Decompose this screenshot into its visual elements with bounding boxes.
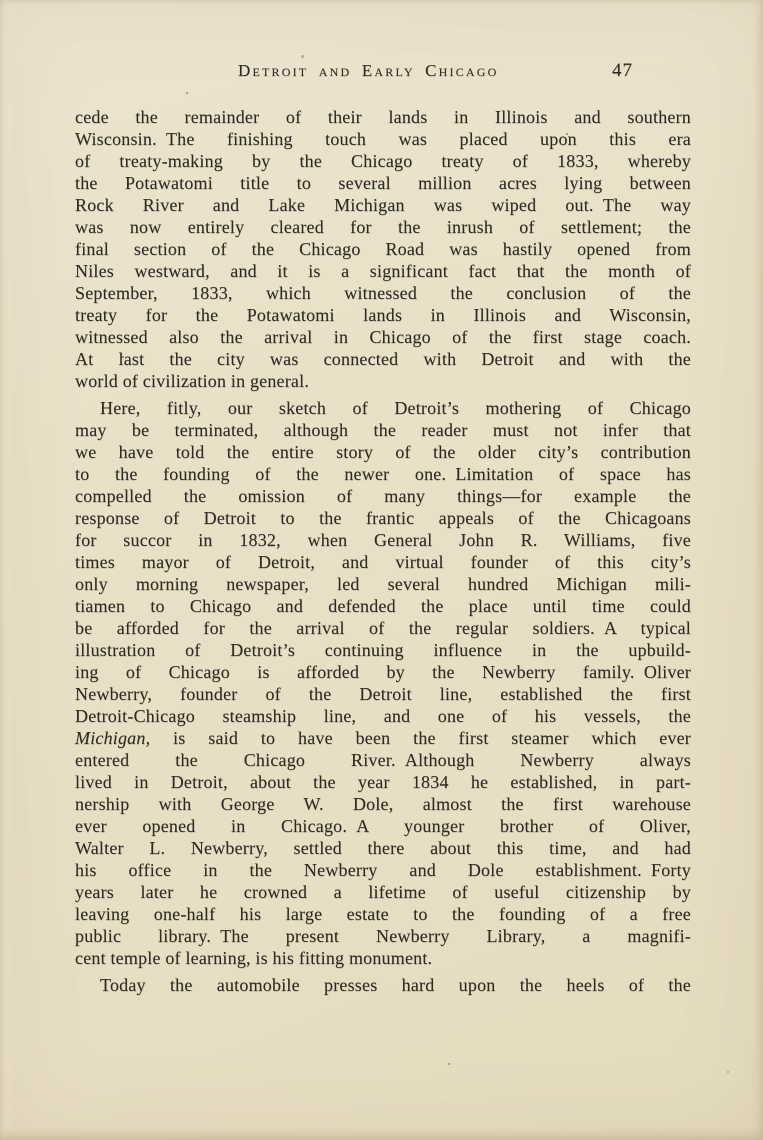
text-line: Rock River and Lake Michigan was wiped o… — [75, 194, 691, 216]
text-line: treaty for the Potawatomi lands in Illin… — [75, 304, 691, 326]
text-line: cede the remainder of their lands in Ill… — [75, 106, 691, 128]
text-line: compelled the omission of many things—fo… — [75, 485, 691, 507]
text-line: for succor in 1832, when General John R.… — [75, 529, 691, 551]
text-line: response of Detroit to the frantic appea… — [75, 507, 691, 529]
text-line: tiamen to Chicago and defended the place… — [75, 595, 691, 617]
text-line: was now entirely cleared for the inrush … — [75, 216, 691, 238]
text-line: At last the city was connected with Detr… — [75, 348, 691, 370]
text-line: final section of the Chicago Road was ha… — [75, 238, 691, 260]
text-line: may be terminated, although the reader m… — [75, 419, 691, 441]
text-line: lived in Detroit, about the year 1834 he… — [75, 771, 691, 793]
text-line: Newberry, founder of the Detroit line, e… — [75, 683, 691, 705]
paper-speck — [448, 1063, 450, 1065]
text-line: Wisconsin. The finishing touch was place… — [75, 128, 691, 150]
text-line: Detroit-Chicago steamship line, and one … — [75, 705, 691, 727]
paragraph: Today the automobile presses hard upon t… — [75, 974, 691, 996]
paragraph: cede the remainder of their lands in Ill… — [75, 106, 691, 392]
text-line: of treaty-making by the Chicago treaty o… — [75, 150, 691, 172]
text-line: illustration of Detroit’s continuing inf… — [75, 639, 691, 661]
text-line: ever opened in Chicago. A younger brothe… — [75, 815, 691, 837]
text-line: his office in the Newberry and Dole esta… — [75, 859, 691, 881]
text-line: Today the automobile presses hard upon t… — [75, 974, 691, 996]
paper-speck — [122, 356, 124, 358]
text-line: ing of Chicago is afforded by the Newber… — [75, 661, 691, 683]
paper-speck — [301, 55, 304, 58]
text-line: we have told the entire story of the old… — [75, 441, 691, 463]
text-line: nership with George W. Dole, almost the … — [75, 793, 691, 815]
text-line: world of civilization in general. — [75, 370, 691, 392]
paper-speck — [727, 1071, 729, 1073]
text-line: leaving one-half his large estate to the… — [75, 903, 691, 925]
page-title: Detroit and Early Chicago — [238, 61, 499, 81]
text-line: cent temple of learning, is his fitting … — [75, 947, 691, 969]
text-line: September, 1833, which witnessed the con… — [75, 282, 691, 304]
text-line: the Potawatomi title to several million … — [75, 172, 691, 194]
text-line: to the founding of the newer one. Limita… — [75, 463, 691, 485]
paragraph: Here, fitly, our sketch of Detroit’s mot… — [75, 397, 691, 969]
text-line: public library. The present Newberry Lib… — [75, 925, 691, 947]
running-header: Detroit and Early Chicago 47 — [0, 58, 763, 84]
text-line: witnessed also the arrival in Chicago of… — [75, 326, 691, 348]
text-line: Michigan, is said to have been the first… — [75, 727, 691, 749]
text-line: entered the Chicago River. Although Newb… — [75, 749, 691, 771]
text-line: only morning newspaper, led several hund… — [75, 573, 691, 595]
page-number: 47 — [612, 60, 633, 82]
paper-speck — [566, 133, 568, 135]
text-line: Niles westward, and it is a significant … — [75, 260, 691, 282]
text-line: times mayor of Detroit, and virtual foun… — [75, 551, 691, 573]
text-block: cede the remainder of their lands in Ill… — [75, 106, 691, 996]
text-line: be afforded for the arrival of the regul… — [75, 617, 691, 639]
book-page: Detroit and Early Chicago 47 cede the re… — [0, 0, 763, 1140]
text-line: years later he crowned a lifetime of use… — [75, 881, 691, 903]
text-line: Walter L. Newberry, settled there about … — [75, 837, 691, 859]
paper-speck — [186, 92, 188, 94]
text-line: Here, fitly, our sketch of Detroit’s mot… — [75, 397, 691, 419]
